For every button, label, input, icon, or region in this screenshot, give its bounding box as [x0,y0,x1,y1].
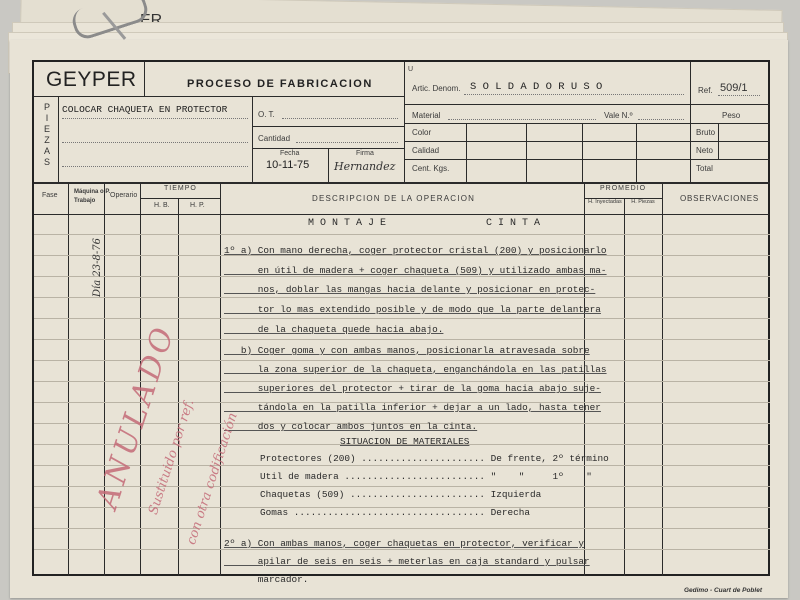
col-h-inyectadas: H. Inyectadas [588,199,622,206]
handwritten-date-note: Día 23-8-76 [92,238,103,297]
peso-label: Peso [722,111,740,120]
fecha-label: Fecha [280,150,299,157]
col-hp: H. P. [190,202,205,209]
firma-label: Firma [356,150,374,157]
col-fase: Fase [42,192,58,199]
firma-signature: Hernandez [334,160,395,173]
pieza-description[interactable]: COLOCAR CHAQUETA EN PROTECTOR [62,104,227,115]
color-label: Color [412,128,431,137]
ot-label: O. T. [258,110,275,119]
artic-value: S O L D A D O R U S O [470,81,602,93]
ref-label: Ref. [698,86,713,95]
calidad-label: Calidad [412,146,439,155]
col-hb: H. B. [154,202,170,209]
col-operario: Operario [110,192,137,199]
vale-label: Vale N.º [604,111,633,120]
col-descripcion: DESCRIPCION DE LA OPERACION [312,194,475,203]
ref-value: 509/1 [720,82,748,94]
operation-heading-cinta: C I N T A [486,218,540,229]
artic-label: Artic. Denom. [412,84,460,93]
cantidad-field[interactable] [296,142,398,143]
col-promedio: PROMEDIO [600,185,646,192]
vale-field[interactable] [638,119,684,120]
col-observaciones: OBSERVACIONES [680,194,759,203]
material-field[interactable] [448,119,596,120]
piezas-vertical-label: PIEZAS [42,102,52,168]
cantidad-label: Cantidad [258,134,290,143]
cent-kgs-label: Cent. Kgs. [412,164,449,173]
operation-heading-montaje: M O N T A J E [308,218,386,229]
brand-logo: GEYPER [46,68,137,92]
total-label: Total [696,164,713,173]
printer-credit: Gedimo - Cuart de Poblet [684,587,762,594]
form-title: PROCESO DE FABRICACION [187,78,373,90]
neto-label: Neto [696,146,713,155]
ot-field[interactable] [282,118,398,119]
col-h-piezas: H. Piezas [626,199,660,206]
col-maquina: Máquina o P. Trabajo [74,188,112,206]
bruto-label: Bruto [696,128,715,137]
col-tiempo: TIEMPO [164,185,197,192]
material-label: Material [412,111,440,120]
process-sheet: GEYPER PROCESO DE FABRICACION PIEZAS COL… [10,40,788,598]
materials-heading-1: SITUACION DE MATERIALES [340,436,469,447]
manufacturing-form: GEYPER PROCESO DE FABRICACION PIEZAS COL… [32,60,770,576]
fecha-value: 10-11-75 [266,159,309,171]
